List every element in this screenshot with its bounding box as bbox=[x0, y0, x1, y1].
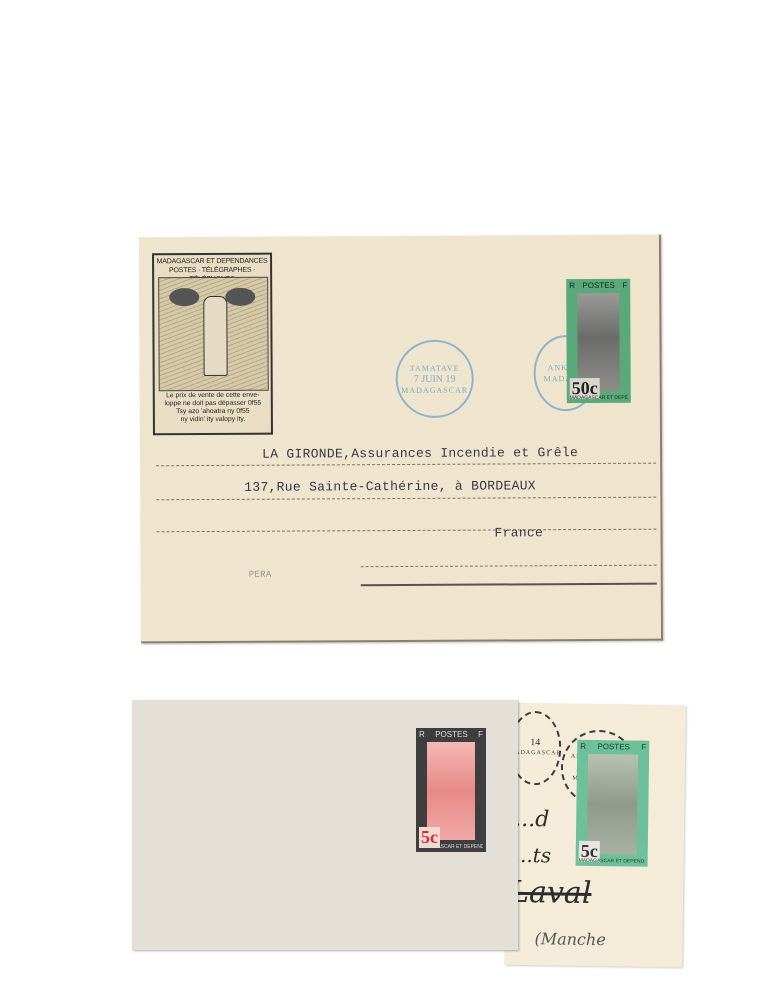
address-line-2: 137,Rue Sainte-Cathérine, à BORDEAUX bbox=[244, 478, 536, 495]
faint-handstamp: PERA bbox=[249, 570, 272, 580]
envelope-madagascar-5c-red: R POSTES F 5c MADAGASCAR ET DEPENDANCES bbox=[132, 700, 518, 950]
vignette-price-notice: Le prix de vente de cette enve- loppe ne… bbox=[157, 392, 269, 425]
illustrated-vignette: MADAGASCAR ET DEPENDANCES POSTES · TÉLÉG… bbox=[152, 253, 273, 436]
stamp-porter-scene bbox=[587, 754, 638, 855]
imprinted-stamp-50c: R POSTES F 50c MADAGASCAR ET DEPENDANCES bbox=[566, 279, 631, 403]
stamp-corner-left: R bbox=[580, 742, 586, 752]
stamp-corner-right: F bbox=[622, 281, 627, 291]
address-country: France bbox=[494, 525, 543, 540]
porter-figure bbox=[203, 296, 227, 376]
postmark-cancel-1: TAMATAVE 7 JUIN 19 MADAGASCAR bbox=[395, 340, 473, 418]
price-notice-line4: ny vidin' ity valopy ity. bbox=[157, 416, 269, 425]
stamp-postes-label: POSTES bbox=[435, 730, 467, 740]
stamp-porter-scene bbox=[427, 742, 475, 840]
envelope-madagascar-5c-green: 14 MADAGASCAR ANDEVORANTE 22 DEC 14 MADA… bbox=[504, 703, 686, 967]
postmark-date: 7 JUIN 19 bbox=[414, 373, 456, 384]
handwritten-line-2: ...ts bbox=[514, 843, 552, 868]
address-rule-5 bbox=[361, 583, 657, 587]
bundle-left bbox=[169, 288, 199, 306]
handwritten-city: Laval bbox=[509, 875, 592, 911]
stamp-porter-scene bbox=[577, 293, 620, 391]
address-rule-3 bbox=[156, 529, 656, 533]
address-line-1: LA GIRONDE,Assurances Incendie et Grêle bbox=[262, 445, 578, 462]
address-rule-1 bbox=[156, 463, 656, 467]
envelope-madagascar-50c: MADAGASCAR ET DEPENDANCES POSTES · TÉLÉG… bbox=[139, 235, 663, 644]
stamp-country-label: MADAGASCAR ET DEPENDANCES bbox=[419, 844, 483, 850]
postmark-country: MADAGASCAR bbox=[401, 384, 468, 395]
stamp-corner-right: F bbox=[478, 730, 483, 740]
porter-illustration bbox=[158, 277, 269, 392]
bundle-right bbox=[225, 288, 255, 306]
stamp-postes-label: POSTES bbox=[597, 742, 630, 752]
imprinted-stamp-5c-green: R POSTES F 5c MADAGASCAR ET DEPENDANCES bbox=[576, 740, 650, 867]
stamp-corner-left: R bbox=[569, 281, 575, 291]
address-rule-4 bbox=[361, 565, 657, 568]
imprinted-stamp-5c-red: R POSTES F 5c MADAGASCAR ET DEPENDANCES bbox=[416, 728, 486, 852]
stamp-postes-label: POSTES bbox=[582, 281, 615, 291]
stamp-corner-left: R bbox=[419, 730, 425, 740]
stamp-country-label: MADAGASCAR ET DEPENDANCES bbox=[579, 858, 645, 865]
handwritten-region: (Manche bbox=[534, 929, 605, 949]
address-rule-2 bbox=[156, 497, 656, 501]
postmark-town: TAMATAVE bbox=[410, 362, 460, 373]
stamp-country-label: MADAGASCAR ET DEPENDANCES bbox=[570, 395, 628, 401]
stamp-corner-right: F bbox=[641, 743, 646, 753]
handwritten-line-1: ...d bbox=[514, 807, 549, 832]
postmark-date: 14 bbox=[530, 737, 540, 748]
